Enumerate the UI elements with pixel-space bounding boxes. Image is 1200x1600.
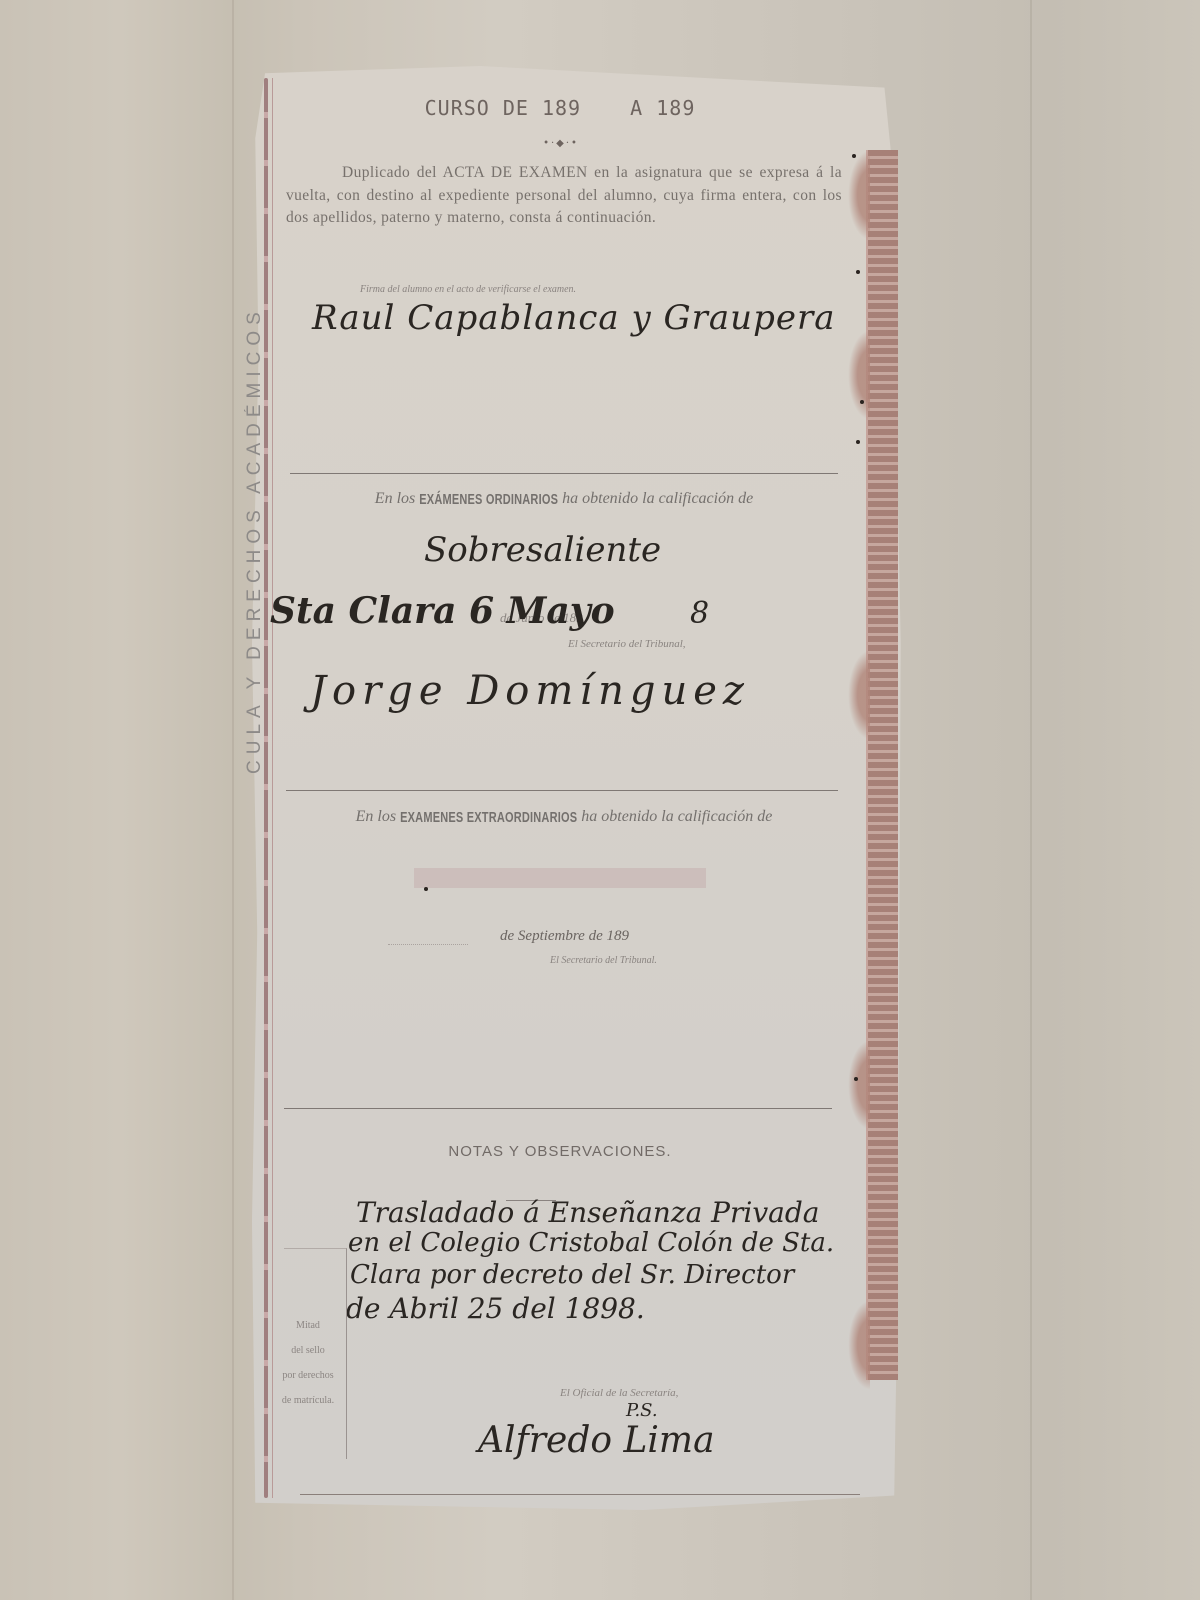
ordinary-grade: Sobresaliente [424,530,661,570]
ordinary-exams-label: En los EXÁMENES ORDINARIOS ha obtenido l… [286,490,842,508]
notes-line: de Abril 25 del 1898. [346,1292,645,1325]
ordinary-secretary-caption: El Secretario del Tribunal, [568,638,686,650]
official-signature: Alfredo Lima [478,1420,715,1461]
course-header: CURSO DE 189 A 189 [280,96,840,120]
right-decorative-border [866,150,898,1380]
notes-line: Trasladado á Enseñanza Privada [356,1196,820,1229]
notes-line: Clara por decreto del Sr. Director [350,1260,794,1290]
extraordinary-grade-blank [414,868,706,888]
wood-seam [1030,0,1032,1600]
notes-title: NOTAS Y OBSERVACIONES. [280,1143,840,1160]
ordinary-year-digit: 8 [690,596,709,631]
right-ornament [848,150,870,240]
bottom-rule [300,1494,860,1495]
vertical-margin-text: CULA Y DERECHOS ACADÉMICOS [244,230,268,850]
curso-label: CURSO DE 189 [425,96,582,120]
right-ornament [848,1040,870,1130]
extraordinary-printed-date: de Septiembre de 189 [500,928,629,945]
section-divider [284,1108,832,1109]
ordinary-handwritten-date: Sta Clara 6 Mayo [270,590,615,632]
right-ornament [848,650,870,740]
right-ornament [848,1300,870,1390]
wood-seam [232,0,234,1600]
a-label: A 189 [630,96,695,120]
ornament-divider: •·◆·• [536,138,586,149]
extraordinary-exams-label: En los EXAMENES EXTRAORDINARIOS ha obten… [286,808,842,826]
stamp-text: de matrícula. [270,1395,346,1406]
paper-hole [856,270,860,274]
paper-hole [860,400,864,404]
student-signature: Raul Capablanca y Graupera [312,298,835,338]
section-divider [290,473,838,474]
notes-line: en el Colegio Cristobal Colón de Sta. [348,1228,834,1258]
intro-paragraph: Duplicado del ACTA DE EXAMEN en la asign… [286,162,842,230]
paper-hole [852,154,856,158]
section-divider [286,790,838,791]
student-signature-caption: Firma del alumno en el acto de verificar… [360,284,576,295]
stamp-text: del sello [270,1345,346,1356]
stamp-text: por derechos [270,1370,346,1381]
official-caption: El Oficial de la Secretaría, [560,1387,678,1399]
right-ornament [848,330,870,420]
paper-hole [856,440,860,444]
extraordinary-secretary-caption: El Secretario del Tribunal. [550,955,657,966]
left-border-rule [272,78,273,1498]
ps-mark: P.S. [626,1400,658,1421]
date-day-blank [388,944,468,945]
ordinary-secretary-signature: Jorge Domínguez [310,668,750,714]
paper-hole [854,1077,858,1081]
stamp-text: Mitad [270,1320,346,1331]
paper-hole [424,887,428,891]
